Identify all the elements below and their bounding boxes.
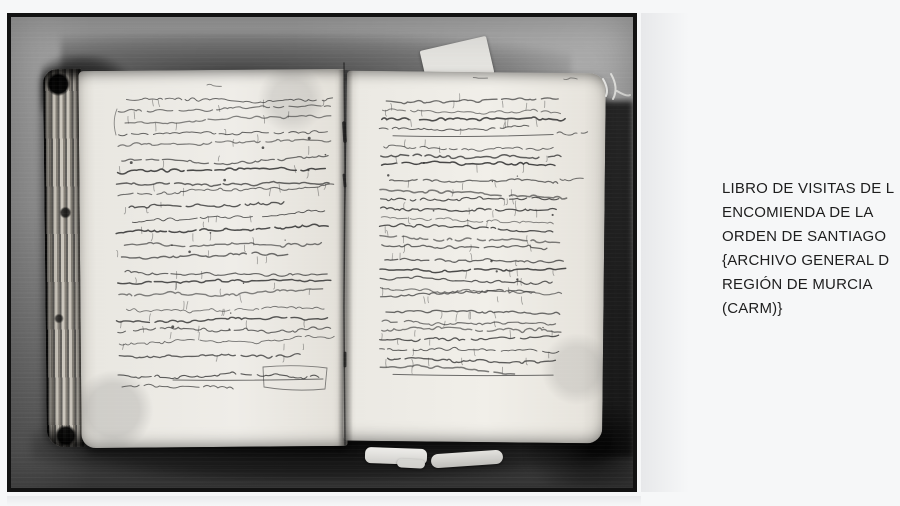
caption-line: LIBRO DE VISITAS DE L [722,177,900,201]
photo-caption: LIBRO DE VISITAS DE L ENCOMIENDA DE LA O… [722,177,900,321]
caption-line: ORDEN DE SANTIAGO [722,225,900,249]
left-page [78,69,347,448]
manuscript-photo [7,13,637,492]
right-page [343,71,606,444]
book-gutter [338,70,353,446]
page: LIBRO DE VISITAS DE L ENCOMIENDA DE LA O… [0,0,900,506]
photo-shadow-bottom [7,496,641,506]
photo-shadow-right [641,13,689,492]
caption-line: {ARCHIVO GENERAL D [722,249,900,273]
caption-line: (CARM)} [722,297,900,321]
caption-line: ENCOMIENDA DE LA [722,201,900,225]
paper-scrap [397,458,425,468]
caption-line: REGIÓN DE MURCIA [722,273,900,297]
